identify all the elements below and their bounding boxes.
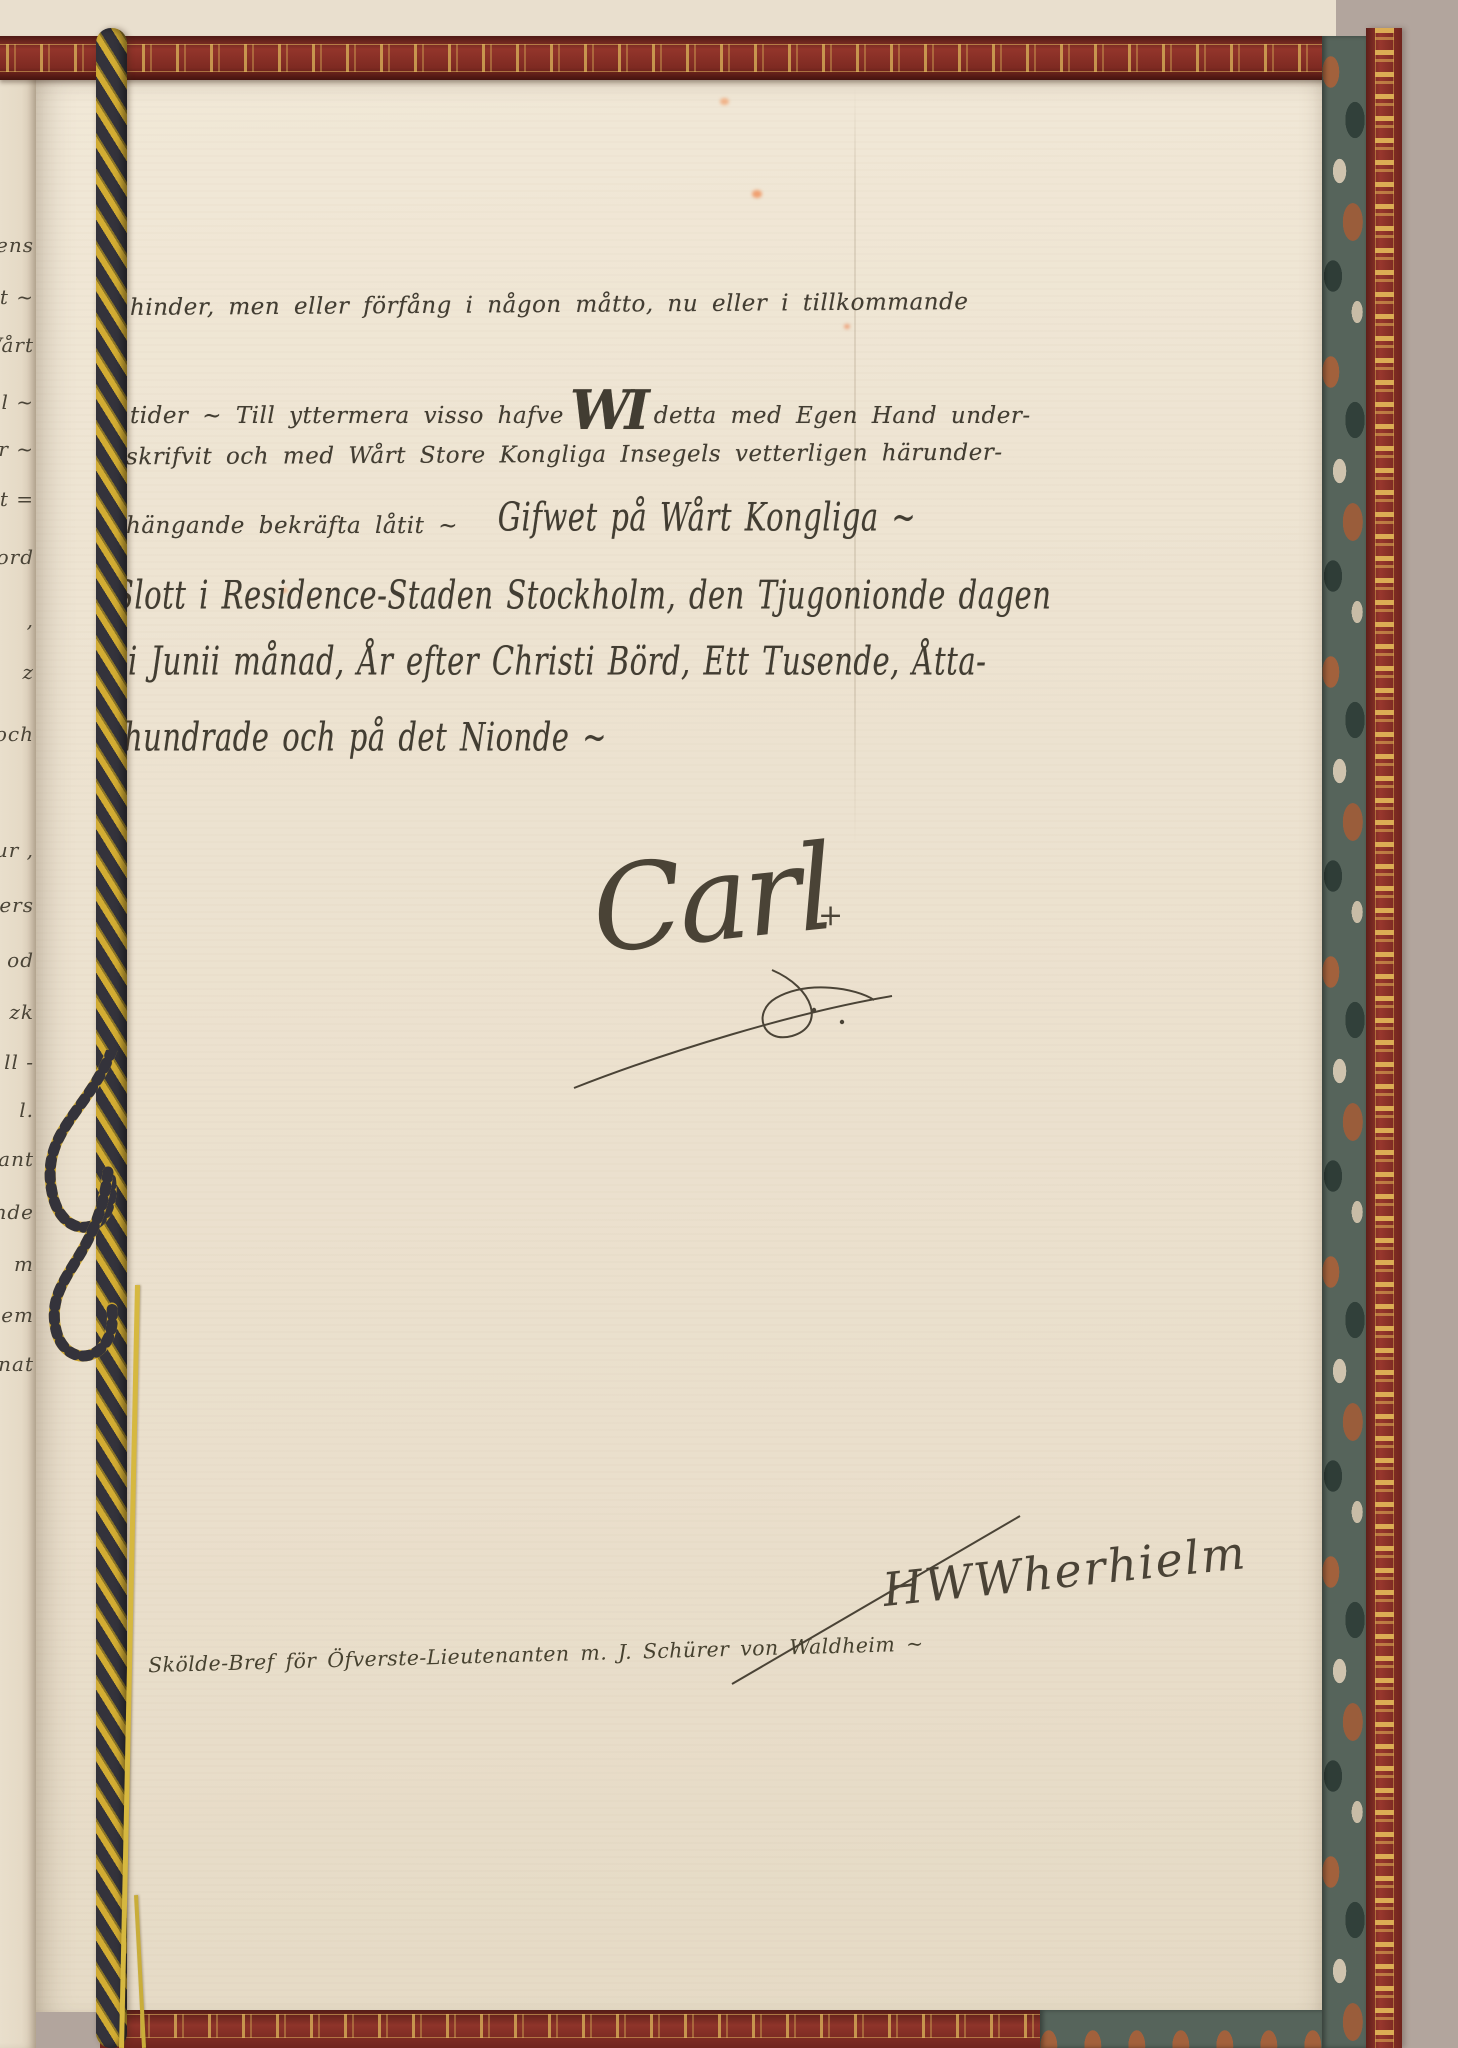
text-line-2: tider ~ Till yttermera visso hafveWIdett… xyxy=(130,372,1031,436)
binding-cord-tangle xyxy=(30,1050,180,1380)
royal-signature-text: Carl xyxy=(585,818,837,980)
text-run: hinder, men eller förfång i någon måtto,… xyxy=(130,289,969,321)
text-run: detta med Egen Hand under- xyxy=(654,403,1031,429)
facing-page-fragment: åt ~ xyxy=(0,285,34,309)
binding-cord xyxy=(96,28,127,2048)
text-run-display: Gifwet på Wårt Kongliga ~ xyxy=(498,494,916,540)
marbled-endpaper-bottom xyxy=(1040,2010,1322,2048)
text-run: hängande bekräfta låtit ~ xyxy=(126,513,458,539)
text-line-5: Slott i Residence-Staden Stockholm, den … xyxy=(114,584,1051,618)
facing-page-fragment: od xyxy=(7,948,34,972)
text-line-1: hinder, men eller förfång i någon måtto,… xyxy=(130,289,969,321)
text-line-3: skrifvit och med Wårt Store Kongliga Ins… xyxy=(126,440,1003,471)
manuscript-scan: ensåt ~Wårtl ~r ~yt =ord,zochur ,ersodzk… xyxy=(0,0,1458,2048)
gold-tooling-pattern xyxy=(0,44,1336,72)
text-run: tider ~ Till yttermera visso hafve xyxy=(130,403,564,429)
facing-page-fragment: och xyxy=(0,722,34,746)
facing-page-fragment: zk xyxy=(9,1000,34,1024)
text-run-display: Slott i Residence-Staden Stockholm, den … xyxy=(114,572,1051,618)
text-line-4: hängande bekräfta låtit ~ Gifwet på Wårt… xyxy=(126,506,916,540)
scan-surface-top xyxy=(0,0,1336,38)
facing-page-fragment: ens xyxy=(0,233,34,257)
facing-page-fragment: annat xyxy=(0,1352,34,1376)
facing-page-fragment: r ~ xyxy=(0,437,34,461)
facing-page-fragment: , xyxy=(27,608,34,632)
facing-page-fragment: eutenant xyxy=(0,1147,34,1171)
marbled-endpaper xyxy=(1322,36,1366,2048)
facing-page-fragment: l ~ xyxy=(1,390,34,414)
docket-line: Skölde-Bref för Öfverste-Lieutenanten m.… xyxy=(148,1635,808,1677)
manuscript-page: hinder, men eller förfång i någon måtto,… xyxy=(36,78,1322,2012)
text-line-7: hundrade och på det Nionde ~ xyxy=(124,726,607,760)
gold-chain-ornament xyxy=(1375,28,1394,2048)
facing-page-fragment: ände xyxy=(0,1200,34,1224)
facing-page-fragment: z xyxy=(22,660,34,684)
royal-signature: Carl + xyxy=(556,820,916,1110)
foxing-spot xyxy=(720,98,729,105)
facing-page-fragment: ers xyxy=(0,893,34,917)
royal-signature-cross: + xyxy=(818,898,843,933)
foxing-spot xyxy=(844,324,850,329)
text-line-6: i Junii månad, År efter Christi Börd, Et… xyxy=(128,650,986,684)
facing-page-fragment: ur , xyxy=(0,838,34,862)
royal-we-monogram: WI xyxy=(570,378,644,442)
facing-page-fragment: Wårt xyxy=(0,333,34,357)
cover-red-gold-trim xyxy=(1366,28,1402,2048)
text-run-display: i Junii månad, År efter Christi Börd, Et… xyxy=(128,638,986,684)
foxing-spot xyxy=(752,190,762,198)
cover-top-edge xyxy=(0,36,1336,80)
text-run-display: hundrade och på det Nionde ~ xyxy=(124,714,607,760)
facing-page-fragment: ord xyxy=(0,545,34,569)
text-run: skrifvit och med Wårt Store Kongliga Ins… xyxy=(126,440,1003,471)
facing-page-fragment: yt = xyxy=(0,487,34,511)
